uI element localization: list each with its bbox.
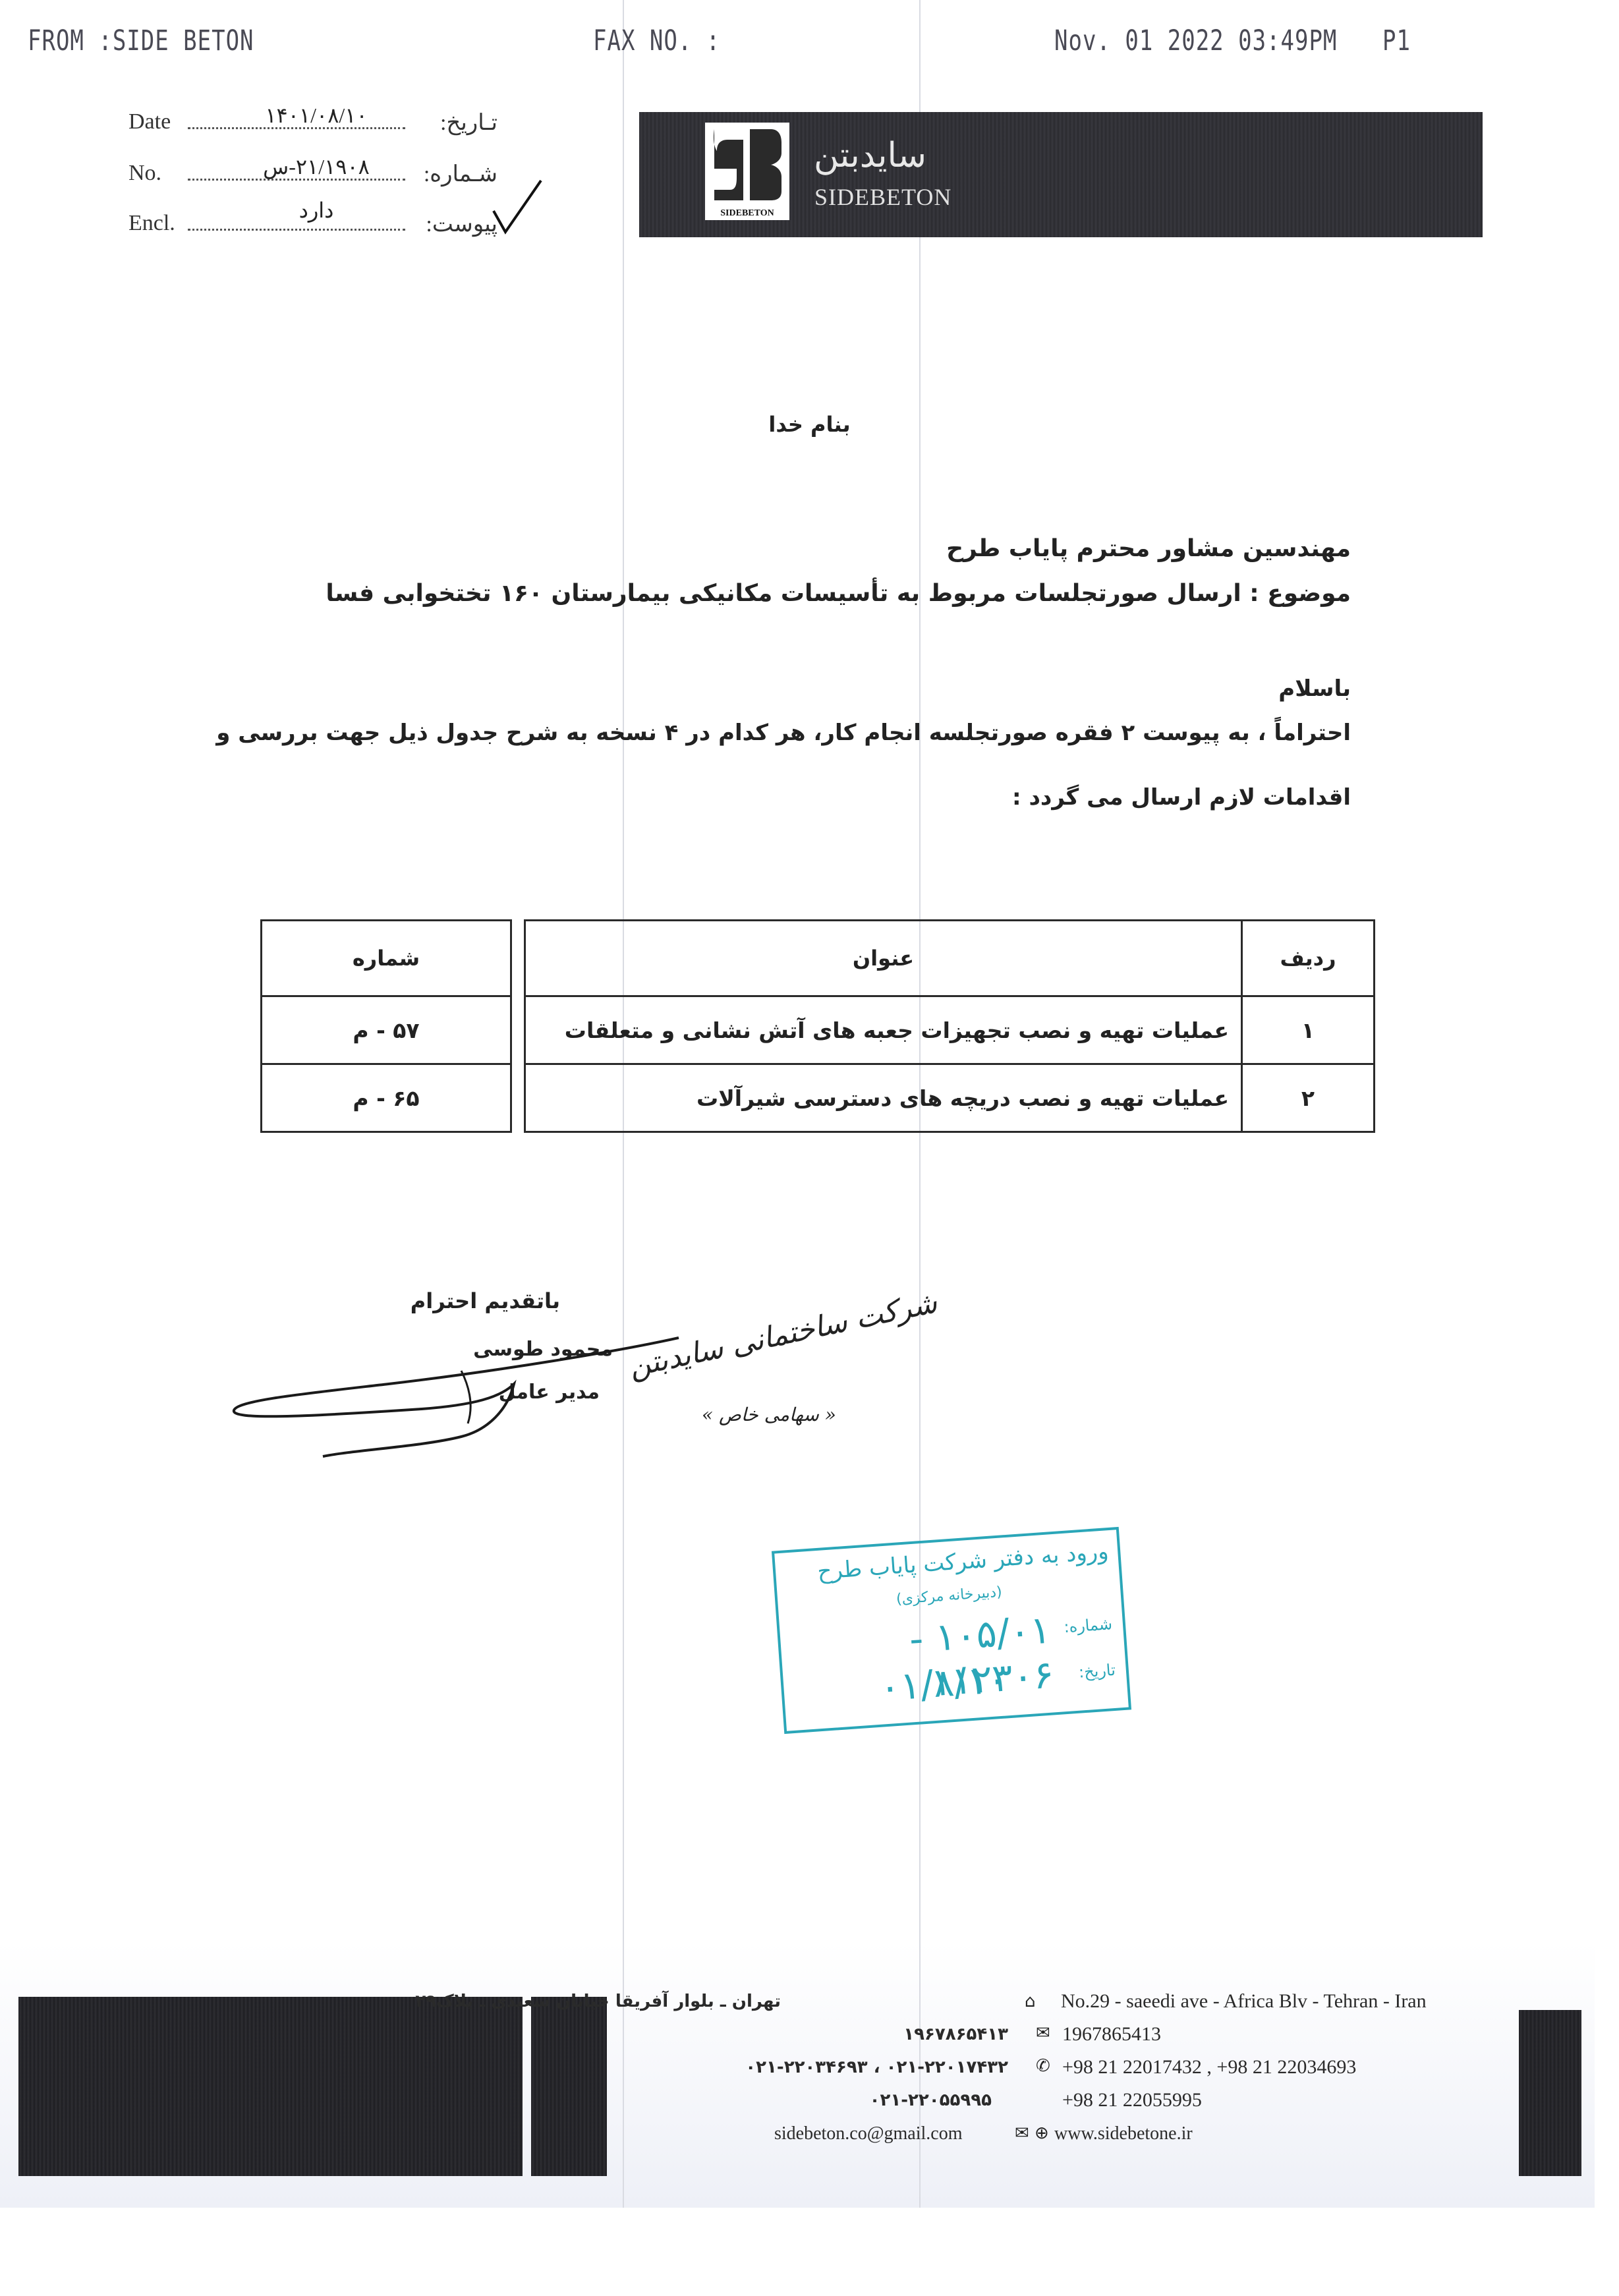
brand-name-en: SIDEBETON — [814, 183, 952, 211]
header-number: شماره — [262, 921, 511, 996]
footer-website: www.sidebetone.ir — [1054, 2123, 1193, 2144]
logo-caption: SIDEBETON — [705, 208, 789, 219]
globe-icon: ⊕ — [1035, 2123, 1049, 2143]
number-value: ۲۱/۱۹۰۸-س — [234, 154, 399, 179]
enclosure-label-en: Encl. — [128, 211, 175, 236]
footer-postal-en: 1967865413 — [1062, 2023, 1161, 2046]
enclosure-value: دارد — [234, 198, 399, 223]
fax-number: FAX NO. : — [593, 24, 720, 57]
meta-enclosure: Encl. دارد پیوست: — [128, 200, 497, 240]
column-gap — [511, 1064, 525, 1132]
row-number: ۵۷ - م — [262, 996, 511, 1064]
header-row-number: ردیف — [1242, 921, 1375, 996]
fax-page: FROM :SIDE BETON FAX NO. : Nov. 01 2022 … — [0, 0, 1595, 2208]
enclosure-label-fa: پیوست: — [426, 211, 497, 237]
received-stamp: ورود به دفتر شرکت پایاب طرح (دبیرخانه مر… — [772, 1527, 1131, 1734]
phone-icon: ✆ — [1036, 2056, 1050, 2076]
letterhead-banner: SIDEBETON سایدبتن SIDEBETON — [639, 112, 1483, 237]
meta-date: Date ۱۴۰۱/۰۸/۱۰ تـاریخ: — [128, 99, 497, 138]
footer-phones-en: +98 21 22017432 , +98 21 22034693 — [1062, 2056, 1356, 2079]
footer-email: sidebeton.co@gmail.com — [774, 2123, 963, 2144]
minutes-table: ردیف عنوان شماره ۱ عملیات تهیه و نصب تجه… — [260, 919, 1375, 1133]
row-title: عملیات تهیه و نصب تجهیزات جعبه های آتش ن… — [525, 996, 1242, 1064]
footer-dark-block — [531, 1997, 607, 2176]
header-title: عنوان — [525, 921, 1242, 996]
meta-number: No. ۲۱/۱۹۰۸-س شـماره: — [128, 150, 497, 190]
table-row: ۱ عملیات تهیه و نصب تجهیزات جعبه های آتش… — [262, 996, 1375, 1064]
fax-from: FROM :SIDE BETON — [28, 24, 254, 57]
closing-regards: باتقدیم احترام — [411, 1288, 560, 1313]
email-icon: ✉ — [1015, 2123, 1029, 2143]
stamp-title: ورود به دفتر شرکت پایاب طرح — [816, 1538, 1109, 1585]
company-type: « سهامی خاص » — [702, 1404, 836, 1425]
greeting: باسلام — [1278, 675, 1351, 702]
footer-fax-fa: ۰۲۱-۲۲۰۵۵۹۹۵ — [870, 2090, 992, 2110]
sb-logo-icon — [710, 127, 784, 206]
footer-address-en: No.29 - saeedi ave - Africa Blv - Tehran… — [1061, 1990, 1427, 2013]
company-logo: SIDEBETON — [705, 123, 789, 220]
stamp-date-value: ۰۱/۸/۱۰ — [878, 1656, 1009, 1709]
checkmark-icon — [491, 178, 544, 237]
fax-page-number: P1 — [1382, 24, 1411, 57]
footer-address-fa: تهران ـ بلوار آفریقا خیابان سعیدی ـ پلاک… — [415, 1992, 781, 2011]
number-label-en: No. — [128, 161, 161, 186]
date-value: ۱۴۰۱/۰۸/۱۰ — [234, 103, 399, 128]
footer-phones-fa: ۰۲۱-۲۲۰۱۷۴۳۲ ، ۰۲۱-۲۲۰۳۴۶۹۳ — [745, 2057, 1008, 2077]
handwritten-signature-icon — [224, 1331, 685, 1463]
table-row: ۲ عملیات تهیه و نصب دریچه های دسترسی شیر… — [262, 1064, 1375, 1132]
date-label-fa: تـاریخ: — [440, 109, 497, 136]
stamp-number-label: شماره: — [1064, 1615, 1113, 1636]
footer-fax-en: +98 21 22055995 — [1062, 2089, 1202, 2111]
footer-dark-block — [18, 1997, 523, 2176]
brand-name-fa: سایدبتن — [814, 136, 926, 175]
footer-postal-fa: ۱۹۶۷۸۶۵۴۱۳ — [903, 2024, 1008, 2044]
footer-dark-block — [1519, 2010, 1581, 2176]
stamp-date-label: تاریخ: — [1078, 1661, 1116, 1682]
body-paragraph-line-2: اقدامات لازم ارسال می گردد : — [1012, 784, 1351, 811]
postbox-icon: ✉ — [1036, 2023, 1050, 2043]
bismillah: بنام خدا — [0, 412, 1619, 437]
row-number: ۶۵ - م — [262, 1064, 511, 1132]
table-header-row: ردیف عنوان شماره — [262, 921, 1375, 996]
number-label-fa: شـماره: — [424, 161, 497, 187]
addressee: مهندسین مشاور محترم پایاب طرح — [946, 535, 1351, 562]
row-index: ۱ — [1242, 996, 1375, 1064]
row-index: ۲ — [1242, 1064, 1375, 1132]
column-gap — [511, 921, 525, 996]
subject-line: موضوع : ارسال صورتجلسات مربوط به تأسیسات… — [326, 580, 1351, 607]
date-label-en: Date — [128, 109, 171, 134]
row-title: عملیات تهیه و نصب دریچه های دسترسی شیرآل… — [525, 1064, 1242, 1132]
body-paragraph-line-1: احتراماً ، به پیوست ۲ فقره صورتجلسه انجا… — [216, 720, 1351, 746]
location-icon: ⌂ — [1025, 1992, 1036, 2011]
fax-timestamp: Nov. 01 2022 03:49PM — [1054, 24, 1337, 57]
column-gap — [511, 996, 525, 1064]
dotted-line — [188, 229, 405, 231]
